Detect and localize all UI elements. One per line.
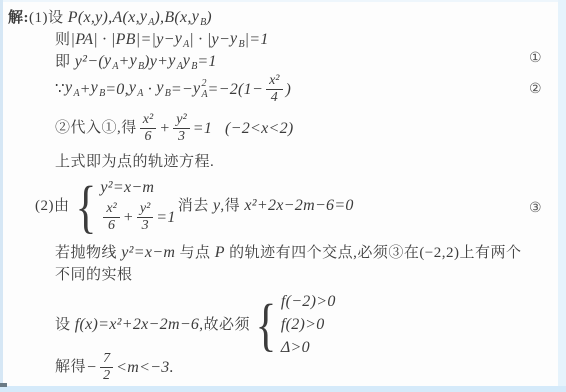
fraction: y²3	[137, 201, 153, 234]
math-run: =1	[197, 52, 216, 72]
text-run: 即	[55, 53, 75, 72]
system-row: f(−2)>0	[281, 292, 336, 312]
math-run: |=1	[245, 30, 269, 50]
fraction-numerator: 7	[100, 351, 113, 367]
math-run: f(−2)>0	[281, 292, 336, 312]
text-run: ∵	[55, 80, 65, 99]
fraction-denominator: 6	[103, 217, 119, 234]
subscripted-variable: yA	[129, 78, 144, 101]
math-run: +	[80, 80, 91, 100]
text-run: ,故必须	[199, 316, 250, 335]
math-run: y²=x−m	[121, 243, 175, 263]
fraction-denominator: 4	[266, 89, 282, 106]
text-run: ②代入①,得	[55, 119, 137, 138]
math-run: =−2(1−	[208, 80, 264, 100]
fraction: y²3	[173, 112, 189, 145]
fraction-numerator: y²	[137, 201, 153, 217]
line-eq2: ∵yA+yB=0,yA · yB=−y2A=−2(1−x²4)	[55, 73, 291, 106]
equation-number: ①	[529, 50, 542, 67]
fraction-numerator: x²	[266, 73, 282, 89]
text-run: (1)设	[29, 9, 68, 28]
subscripted-variable: yB	[156, 78, 171, 101]
math-run: ·	[143, 80, 156, 100]
math-run: |PA| · |PB|=|y−	[71, 30, 175, 50]
text-run: (2)由	[35, 197, 70, 216]
text-run: 消去	[178, 197, 213, 216]
line-eq3-system: (2)由{y²=x−mx²6+y²3=1消去 y,得 x²+2x−2m−6=0	[35, 178, 354, 234]
scan-edge-left	[0, 0, 3, 392]
text-run: 解得	[55, 358, 86, 377]
math-run: +	[123, 208, 134, 228]
subscripted-variable: yA	[65, 78, 80, 101]
fraction: x²6	[140, 112, 156, 145]
text-run: 解:	[8, 9, 29, 28]
system-row: Δ>0	[281, 338, 310, 358]
math-run: <m<−3.	[116, 358, 174, 378]
scan-edge-top	[0, 0, 566, 2]
subscripted-variable: yB	[192, 7, 207, 30]
text-run: ,得	[220, 197, 244, 216]
subscripted-variable: yA	[104, 51, 119, 74]
math-run: =0,	[105, 80, 129, 100]
text-run: 设	[55, 316, 75, 335]
subscripted-variable: yA	[168, 51, 183, 74]
math-run: =1 (−2<x<2)	[193, 119, 294, 139]
line-locus-statement: 上式即为点的轨迹方程.	[55, 153, 214, 172]
text-run: 若抛物线	[55, 244, 121, 263]
system-row: x²6+y²3=1	[100, 201, 175, 234]
subscripted-variable: yA	[140, 7, 155, 30]
subscripted-variable: yB	[230, 29, 245, 52]
text-run: 上式即为点的轨迹方程.	[55, 153, 214, 172]
subscripted-variable: yB	[183, 51, 198, 74]
solution-document: 解:(1)设 P(x,y),A(x,yA),B(x,yB)则|PA| · |PB…	[0, 0, 566, 392]
scan-edge-right	[558, 0, 566, 392]
equation-number: ③	[529, 200, 542, 217]
math-run: )	[286, 80, 292, 100]
subscripted-variable: yA	[175, 29, 190, 52]
math-run: =1	[156, 208, 175, 228]
fraction-denominator: 3	[137, 217, 153, 234]
math-run: y²=x−m	[100, 178, 154, 198]
math-run: ),B(x,	[154, 8, 191, 28]
text-run: 则	[55, 31, 71, 50]
equation-number: ②	[529, 81, 542, 98]
subscripted-variable: yB	[91, 78, 106, 101]
system-row: y²=x−m	[100, 178, 154, 198]
line-distinct-roots: 不同的实根	[55, 266, 133, 285]
fraction-denominator: 6	[140, 128, 156, 145]
math-run: P(x,y),A(x,	[68, 8, 140, 28]
brace-icon: {	[75, 179, 96, 234]
fraction-numerator: x²	[140, 112, 156, 128]
math-run: f(2)>0	[281, 315, 325, 335]
text-run: 不同的实根	[55, 266, 133, 285]
system-rows: f(−2)>0f(2)>0Δ>0	[281, 292, 336, 358]
system-row: f(2)>0	[281, 315, 325, 335]
fraction-numerator: x²	[103, 201, 119, 217]
math-run: P	[215, 243, 225, 263]
math-run: )	[206, 8, 212, 28]
line-pa-pb: 则|PA| · |PB|=|y−yA| · |y−yB|=1	[55, 29, 269, 52]
subscripted-variable: yB	[130, 51, 145, 74]
line-fx-conditions: 设 f(x)=x²+2x−2m−6,故必须{f(−2)>0f(2)>0Δ>0	[55, 292, 338, 358]
math-run: | · |y−	[189, 30, 230, 50]
scan-edge-bottom	[0, 386, 566, 392]
equation-system: {f(−2)>0f(2)>0Δ>0	[252, 292, 336, 358]
fraction-denominator: 2	[100, 367, 113, 384]
system-rows: y²=x−mx²6+y²3=1	[100, 178, 175, 234]
text-run: 与点	[175, 244, 215, 263]
scan-artifact	[0, 383, 7, 387]
math-run: f(x)=x²+2x−2m−6	[75, 315, 199, 335]
math-run: x²+2x−2m−6=0	[244, 196, 353, 216]
fraction: x²4	[266, 73, 282, 106]
fraction: x²6	[103, 201, 119, 234]
math-run: =−	[171, 80, 193, 100]
line-solve-setup: 解:(1)设 P(x,y),A(x,yA),B(x,yB)	[8, 7, 212, 30]
math-run: y	[213, 196, 220, 216]
math-run: −	[86, 358, 97, 378]
math-run: y²−(	[75, 52, 104, 72]
brace-icon: {	[255, 297, 276, 352]
math-run: )y+	[144, 52, 168, 72]
math-run: Δ>0	[281, 338, 310, 358]
fraction: 72	[100, 351, 113, 384]
sup-subscripted-variable: y2A	[193, 79, 208, 100]
fraction-numerator: y²	[173, 112, 189, 128]
equation-system: {y²=x−mx²6+y²3=1	[72, 178, 176, 234]
line-four-intersections: 若抛物线 y²=x−m 与点 P 的轨迹有四个交点,必须③在(−2,2)上有两个	[55, 243, 522, 263]
math-run: +	[159, 119, 170, 139]
line-substitute: ②代入①,得x²6+y²3=1 (−2<x<2)	[55, 112, 294, 145]
text-run: 的轨迹有四个交点,必须③在(−2,2)上有两个	[225, 244, 522, 263]
math-run: +	[119, 52, 130, 72]
fraction-denominator: 3	[173, 128, 189, 145]
line-eq1: 即 y²−(yA+yB)y+yAyB=1	[55, 51, 217, 74]
line-answer: 解得−72<m<−3.	[55, 351, 174, 384]
